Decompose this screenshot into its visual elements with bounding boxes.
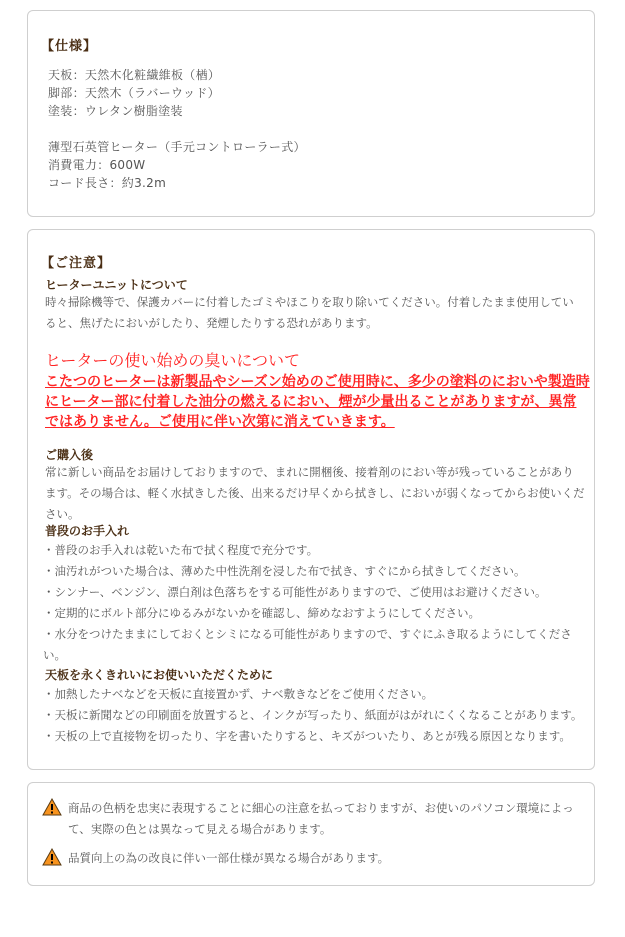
care-item: 普段のお手入れは乾いた布で拭く程度で充分です。: [43, 540, 594, 561]
care-item: 油汚れがついた場合は、薄めた中性洗剤を浸した布で拭き、すぐにから拭きしてください…: [43, 561, 594, 582]
spec-line: 塗装：ウレタン樹脂塗装: [48, 102, 183, 119]
after-purchase-text: 常に新しい商品をお届けしておりますので、まれに開梱後、接着剤のにおい等が残ってい…: [45, 462, 585, 525]
smell-text: こたつのヒーターは新製品やシーズン始めのご使用時に、多少の塗料のにおいや製造時に…: [45, 372, 590, 432]
tabletop-heading: 天板を永くきれいにお使いいただくために: [45, 666, 273, 683]
spec-title: 【仕様】: [41, 35, 97, 54]
notice-box: 【ご注意】 ヒーターユニットについて 時々掃除機等で、保護カバーに付着したゴミや…: [27, 229, 595, 770]
care-heading: 普段のお手入れ: [45, 522, 129, 539]
warning-triangle-icon: [42, 848, 62, 866]
spec-line: コード長さ：約3.2m: [48, 174, 166, 191]
care-item: 水分をつけたままにしておくとシミになる可能性がありますので、すぐにふき取るように…: [43, 624, 594, 666]
tabletop-list: 加熱したナベなどを天板に直接置かず、ナベ敷きなどをご使用ください。 天板に新聞な…: [43, 684, 582, 747]
spec-line: 消費電力：600W: [48, 156, 145, 173]
notice-title: 【ご注意】: [41, 252, 111, 271]
after-purchase-heading: ご購入後: [45, 446, 93, 463]
heater-unit-text: 時々掃除機等で、保護カバーに付着したゴミやほこりを取り除いてください。付着したま…: [45, 292, 585, 334]
tabletop-item: 天板の上で直接物を切ったり、字を書いたりすると、キズがついたり、あとが残る原因と…: [43, 726, 582, 747]
warning-row: 商品の色柄を忠実に表現することに細心の注意を払っておりますが、お使いのパソコン環…: [42, 798, 593, 840]
tabletop-item: 加熱したナベなどを天板に直接置かず、ナベ敷きなどをご使用ください。: [43, 684, 582, 705]
smell-heading: ヒーターの使い始めの臭いについて: [45, 348, 300, 371]
warning-box: 商品の色柄を忠実に表現することに細心の注意を払っておりますが、お使いのパソコン環…: [27, 782, 595, 886]
spec-box: 【仕様】 天板：天然木化粧繊維板（楢） 脚部：天然木（ラバーウッド） 塗装：ウレ…: [27, 10, 595, 217]
tabletop-item: 天板に新聞などの印刷面を放置すると、インクが写ったり、紙面がはがれにくくなること…: [43, 705, 582, 726]
warning-text: 商品の色柄を忠実に表現することに細心の注意を払っておりますが、お使いのパソコン環…: [68, 798, 593, 840]
warning-triangle-icon: [42, 798, 62, 816]
spec-line: 薄型石英管ヒーター（手元コントローラー式）: [48, 138, 306, 155]
spec-line: 天板：天然木化粧繊維板（楢）: [48, 66, 220, 83]
care-item: 定期的にボルト部分にゆるみがないかを確認し、締めなおすようにしてください。: [43, 603, 594, 624]
warning-text: 品質向上の為の改良に伴い一部仕様が異なる場合があります。: [68, 848, 593, 869]
care-item: シンナー、ベンジン、漂白剤は色落ちをする可能性がありますので、ご使用はお避けくだ…: [43, 582, 594, 603]
spec-line: 脚部：天然木（ラバーウッド）: [48, 84, 220, 101]
heater-unit-heading: ヒーターユニットについて: [45, 276, 188, 293]
care-list: 普段のお手入れは乾いた布で拭く程度で充分です。 油汚れがついた場合は、薄めた中性…: [43, 540, 594, 666]
warning-row: 品質向上の為の改良に伴い一部仕様が異なる場合があります。: [42, 848, 593, 869]
